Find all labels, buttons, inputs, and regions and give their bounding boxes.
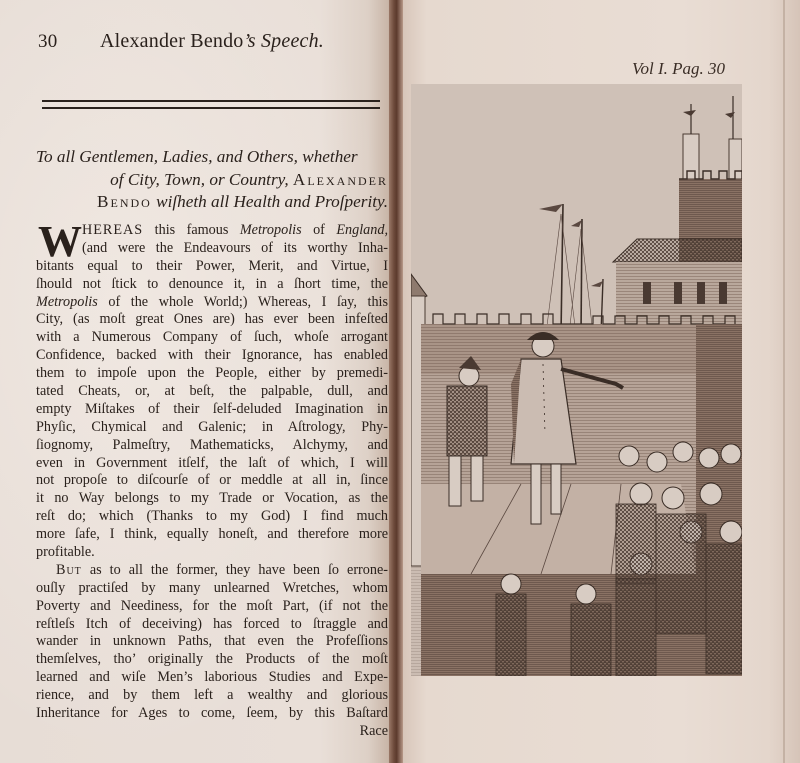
book-gutter <box>389 0 403 763</box>
text-line: with a Numerous Company of ſuch, whoſe a… <box>36 329 388 347</box>
text-line: ſiognomy, Palmeſtry, Mathematicks, Alchy… <box>36 437 388 455</box>
text-line: reſt do; which (Thanks to my God) I find… <box>36 508 388 526</box>
text-line: not propoſe to diſcourſe of or meddle at… <box>36 472 388 490</box>
text-span: of the whole World;) Whereas, I ſay, thi… <box>98 294 388 310</box>
page-edge <box>783 0 785 763</box>
italic-span: Metropolis <box>240 222 302 238</box>
text-line: HEREAS this famous Metropolis of England… <box>36 222 388 240</box>
text-line: rience, and by them left a wealthy and g… <box>36 687 388 705</box>
salutation-heading: To all Gentlemen, Ladies, and Others, wh… <box>36 146 388 214</box>
italic-span: Metropolis <box>36 294 98 310</box>
text-line: But as to all the former, they have been… <box>36 562 388 580</box>
double-rule-divider <box>42 100 380 109</box>
text-span: this famous <box>143 222 240 238</box>
text-span: HEREAS <box>82 222 143 238</box>
text-line: tated Cheats, or, at beſt, the palpable,… <box>36 383 388 401</box>
text-line: themſelves, tho’ originally the Products… <box>36 651 388 669</box>
text-line: Inheritance for Ages to come, ſeem, by t… <box>36 705 388 723</box>
text-span: of <box>302 222 337 238</box>
running-head: 30Alexander Bendo’s Speech. <box>38 30 324 53</box>
salutation-line-3-caps: Bendo <box>97 192 152 211</box>
text-line: ouſly practiſed by many unlearned Wretch… <box>36 580 388 598</box>
salutation-line-2-caps: Alexander <box>293 170 388 189</box>
salutation-line-1: To all Gentlemen, Ladies, and Others, wh… <box>36 146 388 169</box>
text-line: Metropolis of the whole World;) Whereas,… <box>36 294 388 312</box>
salutation-line-3: Bendo wiſheth all Health and Proſperity. <box>36 191 388 214</box>
text-line: even in Government itſelf, the laſt of w… <box>36 455 388 473</box>
salutation-line-2-italic: of City, Town, or Country, <box>110 170 288 189</box>
text-line: City, (as moſt great Ones are) has ever … <box>36 311 388 329</box>
catchword: Race <box>36 723 388 741</box>
text-line: it no Way belongs to my Trade or Vocatio… <box>36 490 388 508</box>
text-line: wander in unknown Paths, that even the P… <box>36 633 388 651</box>
italic-span: England, <box>336 222 388 238</box>
text-line: them to impoſe upon the People, either b… <box>36 365 388 383</box>
text-line: (and were the Endeavours of its worthy I… <box>36 240 388 258</box>
page-number: 30 <box>38 31 100 53</box>
text-span: But <box>56 562 82 578</box>
engraving-illustration <box>411 84 742 676</box>
running-title-roman: Alexander Bendo <box>100 30 244 52</box>
engraving-plate <box>411 84 742 676</box>
text-line: bitants equal to their Power, Merit, and… <box>36 258 388 276</box>
left-page: 30Alexander Bendo’s Speech. To all Gentl… <box>0 0 400 763</box>
text-span: as to all the former, they have been ſo … <box>82 562 388 578</box>
text-line: learned and wiſe Men’s laborious Studies… <box>36 669 388 687</box>
body-text: W HEREAS this famous Metropolis of Engla… <box>36 222 388 741</box>
plate-reference: Vol I. Pag. 30 <box>632 59 725 79</box>
text-line: profitable. <box>36 544 388 562</box>
salutation-line-3-italic: wiſheth all Health and Proſperity. <box>156 192 388 211</box>
text-line: Poverty and Neediness, for the moſt Part… <box>36 598 388 616</box>
text-line: ſhould not ſtick to denounce it, in a ſh… <box>36 276 388 294</box>
text-line: Confidence, backed with their Ignorance,… <box>36 347 388 365</box>
text-line: empty Miſtakes of their ſelf-deluded Ima… <box>36 401 388 419</box>
salutation-line-2: of City, Town, or Country, Alexander <box>36 169 388 192</box>
text-line: Phyſic, Chymical and Galenic; in Aſtrolo… <box>36 419 388 437</box>
text-line: reſtleſs Itch of deceiving) has forced t… <box>36 616 388 634</box>
drop-cap: W <box>38 222 82 262</box>
book-spread: 30Alexander Bendo’s Speech. To all Gentl… <box>0 0 800 763</box>
text-line: more ſafe, I think, equally honeſt, and … <box>36 526 388 544</box>
running-title-italic: ’s Speech. <box>244 30 325 52</box>
